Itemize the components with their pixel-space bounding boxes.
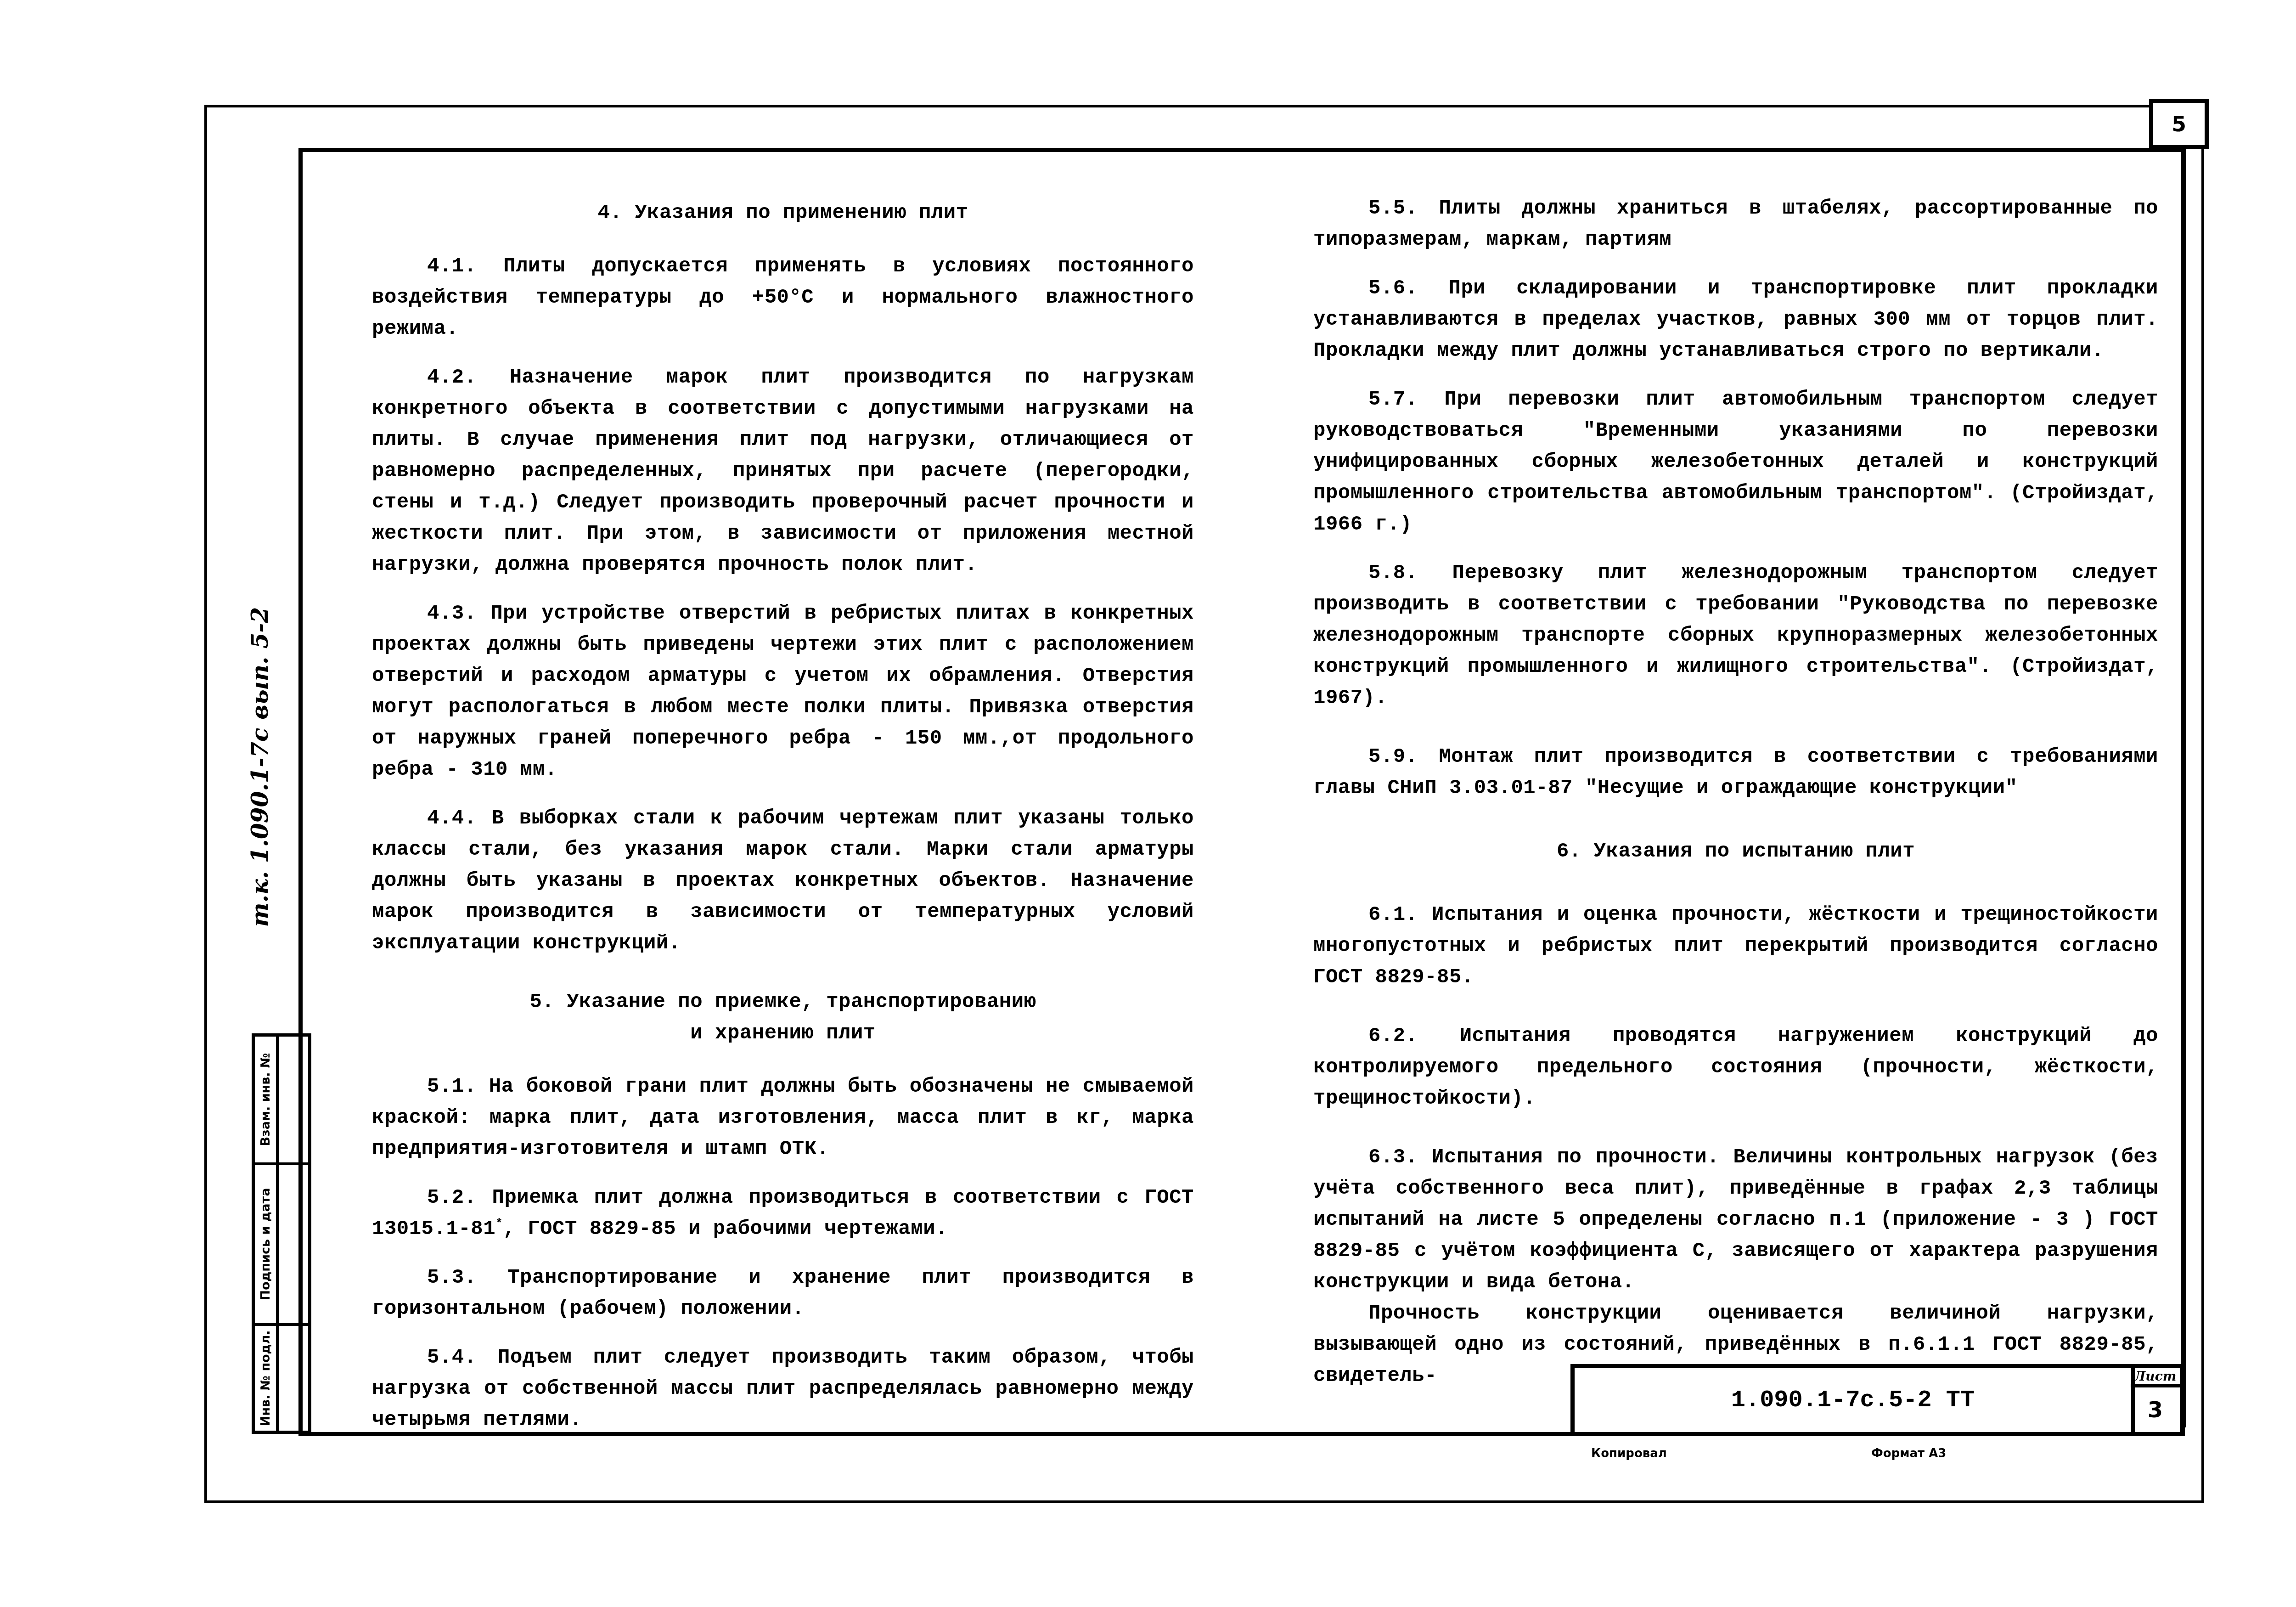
paragraph-5-6: 5.6. При складировании и транспортировке… [1313, 273, 2158, 367]
paragraph-5-4: 5.4. Подъем плит следует производить так… [372, 1342, 1194, 1436]
right-margin-strip [2182, 146, 2206, 1427]
stamp-label-box: Инв. № подл. [255, 1326, 279, 1431]
section-4-title: 4. Указания по применению плит [372, 197, 1194, 229]
paragraph-6-3: 6.3. Испытания по прочности. Величины ко… [1313, 1142, 2158, 1298]
paragraph-5-2-rest: , ГОСТ 8829-85 и рабочими чертежами. [503, 1218, 948, 1240]
right-column: 5.5. Плиты должны храниться в штабелях, … [1313, 193, 2158, 1392]
paragraph-5-5: 5.5. Плиты должны храниться в штабелях, … [1313, 193, 2158, 255]
stamp-label-box: Подпись и дата [255, 1165, 279, 1323]
stamp-label: Взам. инв. № [259, 1053, 273, 1146]
paragraph-5-3: 5.3. Транспортирование и хранение плит п… [372, 1262, 1194, 1325]
paragraph-5-8: 5.8. Перевозку плит железнодорожным тран… [1313, 558, 2158, 714]
paragraph-4-1: 4.1. Плиты допускается применять в услов… [372, 251, 1194, 344]
stamp-strip: Взам. инв. № Подпись и дата Инв. № подл. [252, 1033, 311, 1434]
sheet-number: 3 [2131, 1387, 2180, 1432]
sheet-label: Лист [2131, 1368, 2180, 1387]
left-column: 4. Указания по применению плит 4.1. Плит… [372, 197, 1194, 1453]
stamp-label-box: Взам. инв. № [255, 1037, 279, 1162]
vertical-code-text: т.к. 1.090.1-7с вып. 5-2 [246, 607, 273, 927]
title-block: 1.090.1-7с.5-2 ТТ Лист 3 [1570, 1364, 2184, 1436]
paragraph-6-1: 6.1. Испытания и оценка прочности, жёстк… [1313, 899, 2158, 993]
paragraph-5-2: 5.2. Приемка плит должна производиться в… [372, 1182, 1194, 1245]
paragraph-5-1: 5.1. На боковой грани плит должны быть о… [372, 1071, 1194, 1165]
stamp-label: Инв. № подл. [259, 1331, 273, 1427]
paragraph-6-2: 6.2. Испытания проводятся нагружением ко… [1313, 1021, 2158, 1114]
paragraph-5-7: 5.7. При перевозки плит автомобильным тр… [1313, 384, 2158, 540]
document-code: 1.090.1-7с.5-2 ТТ [1575, 1368, 2135, 1432]
format-label: Формат А3 [1871, 1447, 1946, 1460]
paragraph-4-4: 4.4. В выборках стали к рабочим чертежам… [372, 803, 1194, 959]
stamp-cell-signature-date: Подпись и дата [255, 1165, 308, 1326]
asterisk-mark: * [495, 1217, 503, 1230]
section-5-title-line2: и хранению плит [372, 1018, 1194, 1049]
stamp-cell-replacement-inv: Взам. инв. № [255, 1037, 308, 1165]
stamp-cell-original-inv: Инв. № подл. [255, 1326, 308, 1431]
vertical-document-code: т.к. 1.090.1-7с вып. 5-2 [239, 579, 280, 955]
page-number: 5 [2149, 99, 2209, 149]
section-6-title: 6. Указания по испытанию плит [1313, 836, 2158, 867]
paragraph-4-2: 4.2. Назначение марок плит производится … [372, 362, 1194, 581]
copied-by-label: Копировал [1591, 1447, 1667, 1460]
paragraph-5-9: 5.9. Монтаж плит производится в соответс… [1313, 741, 2158, 804]
stamp-label: Подпись и дата [259, 1188, 273, 1300]
section-5-title-line1: 5. Указание по приемке, транспортировани… [372, 987, 1194, 1018]
paragraph-4-3: 4.3. При устройстве отверстий в ребристы… [372, 598, 1194, 785]
